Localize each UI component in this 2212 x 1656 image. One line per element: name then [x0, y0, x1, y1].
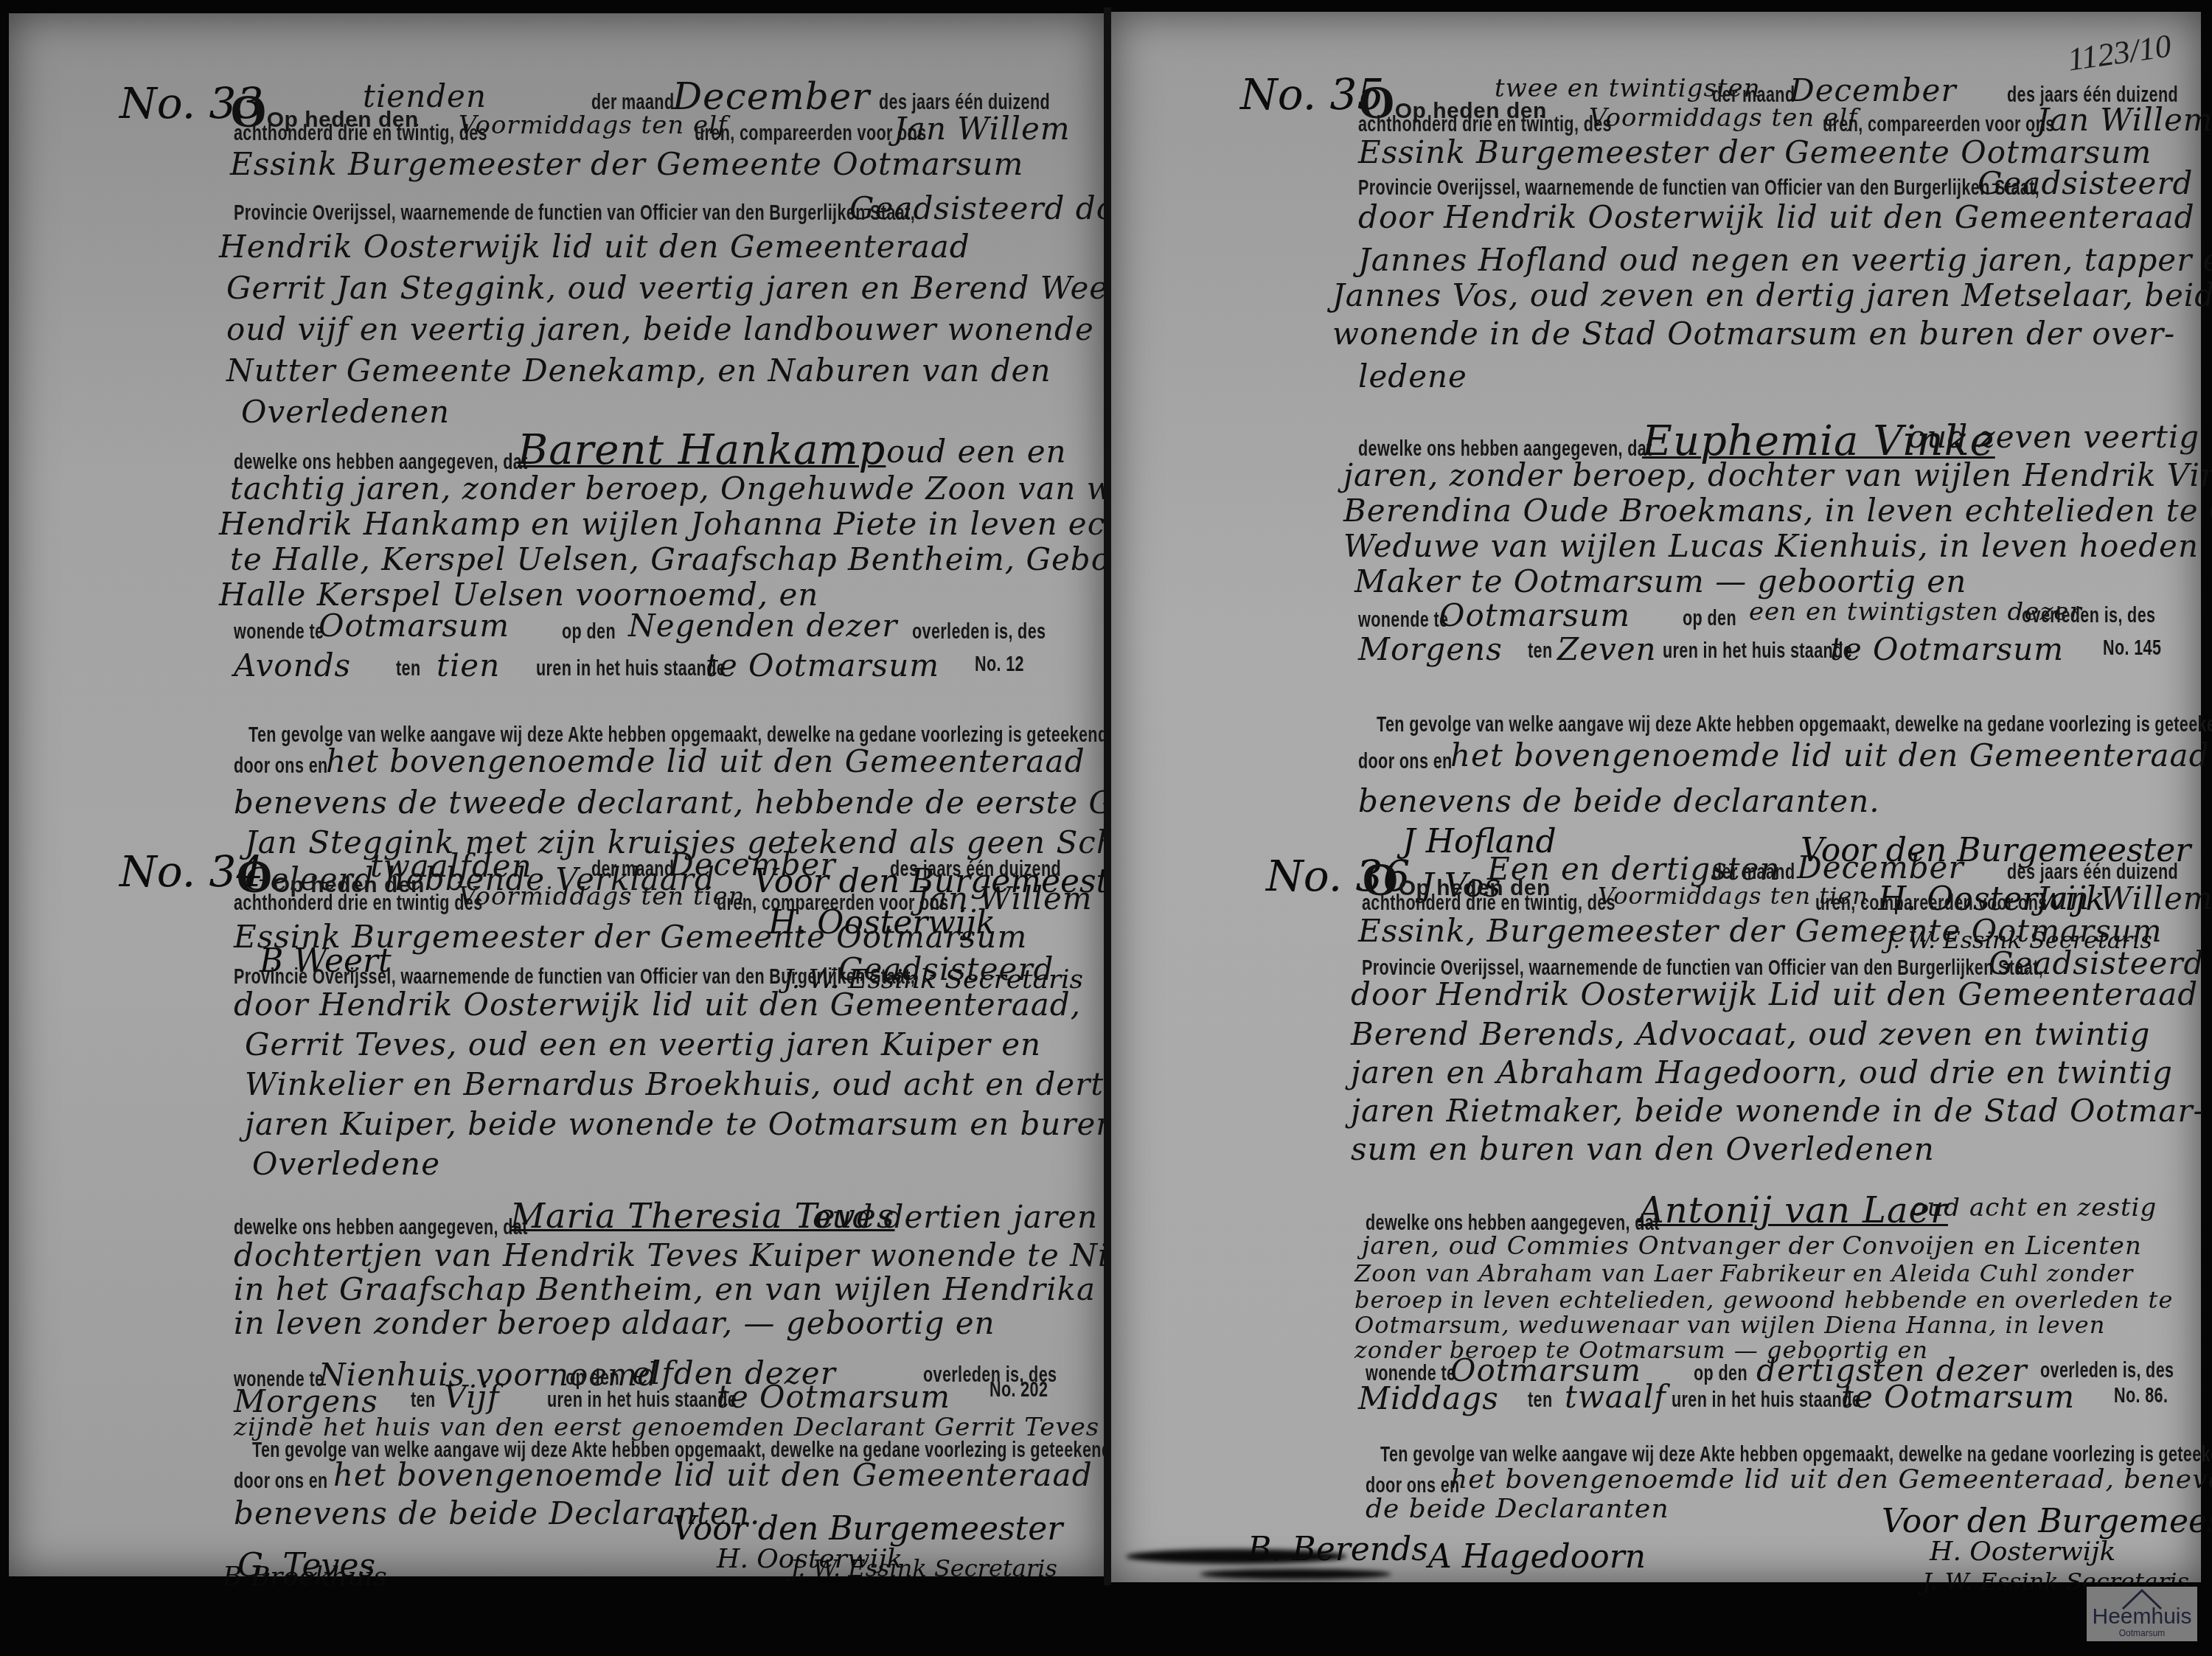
printed-text: der maand [1712, 860, 1795, 885]
handwritten-line: Geadsisteerd [838, 951, 1054, 987]
handwritten-line: de beide Declaranten [1366, 1494, 1669, 1524]
printed-text: Provincie Overijssel, waarnemende de fun… [234, 201, 915, 226]
handwritten-line: oud vijf en veertig jaren, beide landbou… [226, 311, 1137, 347]
handwritten-line: door Hendrik Oosterwijk lid uit den Geme… [1358, 199, 2195, 235]
handwritten-line: in leven zonder beroep aldaar, — geboort… [234, 1305, 995, 1341]
printed-text: des jaars één duizend [890, 857, 1061, 882]
printed-text: ten [396, 656, 420, 681]
handwritten-line: wonende in de Stad Ootmarsum en buren de… [1332, 316, 2175, 352]
handwritten-place: te Ootmarsum [706, 647, 939, 683]
handwritten-line: te Halle, Kerspel Uelsen, Graafschap Ben… [230, 541, 1208, 577]
printed-text: door ons en [234, 754, 328, 779]
handwritten-line: Essink, Burgemeester der Gemeente Ootmar… [1358, 913, 2163, 949]
printed-text: uren in het huis staande [1672, 1388, 1861, 1413]
printed-text: op den [1694, 1361, 1747, 1386]
printed-text: achthonderd drie en twintig, des [1362, 891, 1615, 916]
printed-text: overleden is, des [2022, 603, 2155, 628]
printed-text: door ons en [1358, 749, 1453, 774]
handwritten-time: Voormiddags ten tien [459, 882, 745, 911]
printed-text: Ten gevolge van welke aangave wij deze A… [1380, 1442, 2212, 1467]
deceased-name: Barent Hankamp [518, 426, 886, 474]
printed-text: uren in het huis staande [547, 1388, 737, 1413]
handwritten-date: twaalfden [370, 848, 532, 884]
handwritten-line: oud dertien jaren [813, 1199, 1098, 1235]
printed-text: Ten gevolge van welke aangave wij deze A… [1377, 712, 2212, 737]
handwritten-line: ledene [1358, 358, 1467, 394]
ink-stain [1126, 1549, 1347, 1564]
handwritten-daypart: Middags [1358, 1380, 1499, 1416]
handwritten-line: jaren Kuiper, beide wonende te Ootmarsum… [245, 1106, 1183, 1142]
right-page: 1123/10 No. 35 OOp heden den twee en twi… [1111, 12, 2201, 1582]
printed-text: ten [1528, 639, 1552, 664]
handwritten-line: Essink Burgemeester der Gemeente Ootmars… [234, 919, 1027, 955]
handwritten-date: tienden [363, 78, 487, 114]
printed-text: wonende te [1358, 608, 1448, 633]
printed-text: achthonderd drie en twintig, des [1358, 112, 1612, 137]
left-page: No. 33 OOp heden den tienden der maand D… [9, 13, 1104, 1576]
handwritten-name: Jan Willem [2037, 880, 2212, 916]
handwritten-hour: twaalf [1565, 1379, 1666, 1415]
printed-text: uren, compareerden voor ons [717, 891, 949, 916]
printed-text: uren in het huis staande [1663, 639, 1852, 664]
handwritten-line: oud acht en zestig [1911, 1193, 2157, 1222]
handwritten-name: Jan Willem [894, 111, 1071, 147]
handwritten-line: het bovengenoemde lid uit den Gemeentera… [333, 1457, 1093, 1493]
handwritten-line: Essink Burgemeester der Gemeente Ootmars… [230, 146, 1023, 182]
handwritten-place: te Ootmarsum [1830, 631, 2064, 667]
handwritten-place: Ootmarsum [1439, 597, 1630, 633]
handwritten-line: Gerrit Teves, oud een en veertig jaren K… [245, 1026, 1041, 1062]
printed-text: ten [1528, 1388, 1552, 1413]
printed-text: Provincie Overijssel, waarnemende de fun… [234, 964, 915, 989]
handwritten-line: Hendrik Hankamp en wijlen Johanna Piete … [219, 506, 1259, 542]
handwritten-line: Berend Berends, Advocaat, oud zeven en t… [1351, 1016, 2151, 1052]
handwritten-hour: Vijf [444, 1379, 500, 1415]
handwritten-line: jaren Rietmaker, beide wonende in de Sta… [1351, 1093, 2205, 1129]
handwritten-line: Weduwe van wijlen Lucas Kienhuis, in lev… [1343, 528, 2199, 564]
signature-oosterwijk: H. Oosterwijk [1930, 1537, 2115, 1567]
printed-text: ten [411, 1388, 435, 1413]
handwritten-line: benevens de tweede declarant, hebbende d… [234, 784, 1188, 821]
printed-text: wonende te [234, 619, 324, 644]
handwritten-time: Voormiddags ten elf [1589, 103, 1858, 133]
handwritten-line: benevens de beide declaranten. [1358, 783, 1880, 819]
handwritten-daypart: Morgens [1358, 631, 1503, 667]
handwritten-line: Overledenen [241, 394, 450, 430]
signature-essink: J. W. Essink Secretaris [790, 1554, 1057, 1582]
deceased-name: Antonij van Laer [1638, 1190, 1948, 1231]
printed-text: uren, compareerden voor ons [1823, 112, 2055, 137]
house-number: No. 86. [2114, 1383, 2168, 1408]
handwritten-daypart: Avonds [234, 647, 351, 683]
logo-city: Ootmarsum [2119, 1628, 2166, 1638]
handwritten-time: Voormiddags ten elf [459, 111, 728, 140]
handwritten-line: het bovengenoemde lid uit den Gemeentera… [326, 743, 1085, 779]
handwritten-line: beroep in leven echtelieden, gewoond heb… [1354, 1286, 2173, 1314]
handwritten-place: te Ootmarsum [1841, 1379, 2075, 1415]
handwritten-line: Maker te Ootmarsum — geboortig en [1354, 563, 1966, 599]
signature-burgemeester: Voor den Burgemeester [672, 1510, 1062, 1548]
house-number: No. 202 [990, 1377, 1048, 1402]
folio-number: 1123/10 [2065, 27, 2174, 78]
handwritten-line: Berendina Oude Broekmans, in leven echte… [1343, 493, 2212, 529]
handwritten-name: Jan Willem [916, 880, 1093, 916]
book-gutter [1104, 7, 1111, 1585]
handwritten-line: het bovengenoemde lid uit den Gemeentera… [1450, 737, 2210, 773]
house-number: No. 145 [2103, 636, 2161, 661]
printed-text: op den [1683, 606, 1736, 631]
handwritten-line: jaren, zonder beroep, dochter van wijlen… [1343, 457, 2212, 493]
handwritten-hour: tien [437, 647, 500, 683]
handwritten-line: door Hendrik Oosterwijk lid uit den Geme… [234, 987, 1081, 1023]
printed-text: overleden is, des [912, 619, 1046, 644]
handwritten-place: te Ootmarsum [717, 1379, 950, 1415]
handwritten-line: oud een en [886, 434, 1067, 470]
signature-hagedoorn: A Hagedoorn [1428, 1538, 1646, 1576]
handwritten-line: Hendrik Oosterwijk lid uit den Gemeenter… [219, 229, 970, 265]
signature-broekhuis: B Broekhuis [223, 1562, 387, 1592]
handwritten-month: December [669, 846, 836, 883]
printed-text: der maand [591, 857, 674, 882]
handwritten-line: in het Graafschap Bentheim, en van wijle… [234, 1271, 1208, 1307]
handwritten-name: Jan Willem [2037, 102, 2212, 138]
handwritten-month: December [1797, 849, 1964, 886]
ink-stain [1200, 1569, 1391, 1579]
printed-text: achthonderd drie en twintig des [234, 891, 483, 916]
handwritten-line: Jannes Hofland oud negen en veertig jare… [1358, 242, 2212, 278]
handwritten-line: oud zeven veertig [1907, 419, 2199, 455]
house-number: No. 12 [975, 652, 1024, 677]
handwritten-line: Geadsisteerd [1978, 165, 2193, 201]
printed-text: uren, compareerden voor ons [1815, 891, 2048, 916]
handwritten-line: Gerrit Jan Steggink, oud veertig jaren e… [226, 270, 1137, 306]
handwritten-line: dochtertjen van Hendrik Teves Kuiper won… [234, 1237, 1217, 1273]
handwritten-date: Negenden dezer [628, 608, 897, 644]
handwritten-line: Overledene [252, 1146, 440, 1182]
handwritten-line: Ootmarsum, weduwenaar van wijlen Diena H… [1354, 1311, 2105, 1339]
printed-text: achthonderd drie en twintig, des [234, 121, 487, 146]
handwritten-line: jaren, oud Commies Ontvanger der Convoij… [1362, 1231, 2142, 1261]
handwritten-line: Nutter Gemeente Denekamp, en Naburen van… [226, 352, 1051, 389]
handwritten-line: door Hendrik Oosterwijk Lid uit den Geme… [1351, 976, 2198, 1012]
handwritten-line: het bovengenoemde lid uit den Gemeentera… [1450, 1464, 2212, 1495]
roof-icon [2120, 1588, 2164, 1610]
printed-text: uren, compareerden voor ons [695, 121, 927, 146]
printed-text: Provincie Overijssel, waarnemende de fun… [1358, 175, 2039, 201]
handwritten-line: tachtig jaren, zonder beroep, Ongehuwde … [230, 470, 1185, 507]
printed-text: op den [562, 619, 616, 644]
handwritten-line: Zoon van Abraham van Laer Fabrikeur en A… [1354, 1259, 2133, 1287]
heemhuis-logo: Heemhuis Ootmarsum [2087, 1587, 2197, 1641]
handwritten-hour: Zeven [1557, 631, 1657, 667]
printed-text: door ons en [234, 1469, 328, 1494]
handwritten-line: sum en buren van den Overledenen [1351, 1131, 1935, 1167]
handwritten-line: Winkelier en Bernardus Broekhuis, oud ac… [245, 1066, 1135, 1102]
printed-text: op den [566, 1365, 619, 1391]
handwritten-line: jaren en Abraham Hagedoorn, oud drie en … [1351, 1054, 2173, 1090]
signature-burgemeester: Voor den Burgemeester [1882, 1503, 2212, 1540]
printed-text: dewelke ons hebben aangegeven, dat [234, 1215, 528, 1240]
printed-text: uren in het huis staande [536, 656, 726, 681]
handwritten-line: Jannes Vos, oud zeven en dertig jaren Me… [1332, 277, 2212, 313]
handwritten-place: Ootmarsum [319, 608, 509, 644]
